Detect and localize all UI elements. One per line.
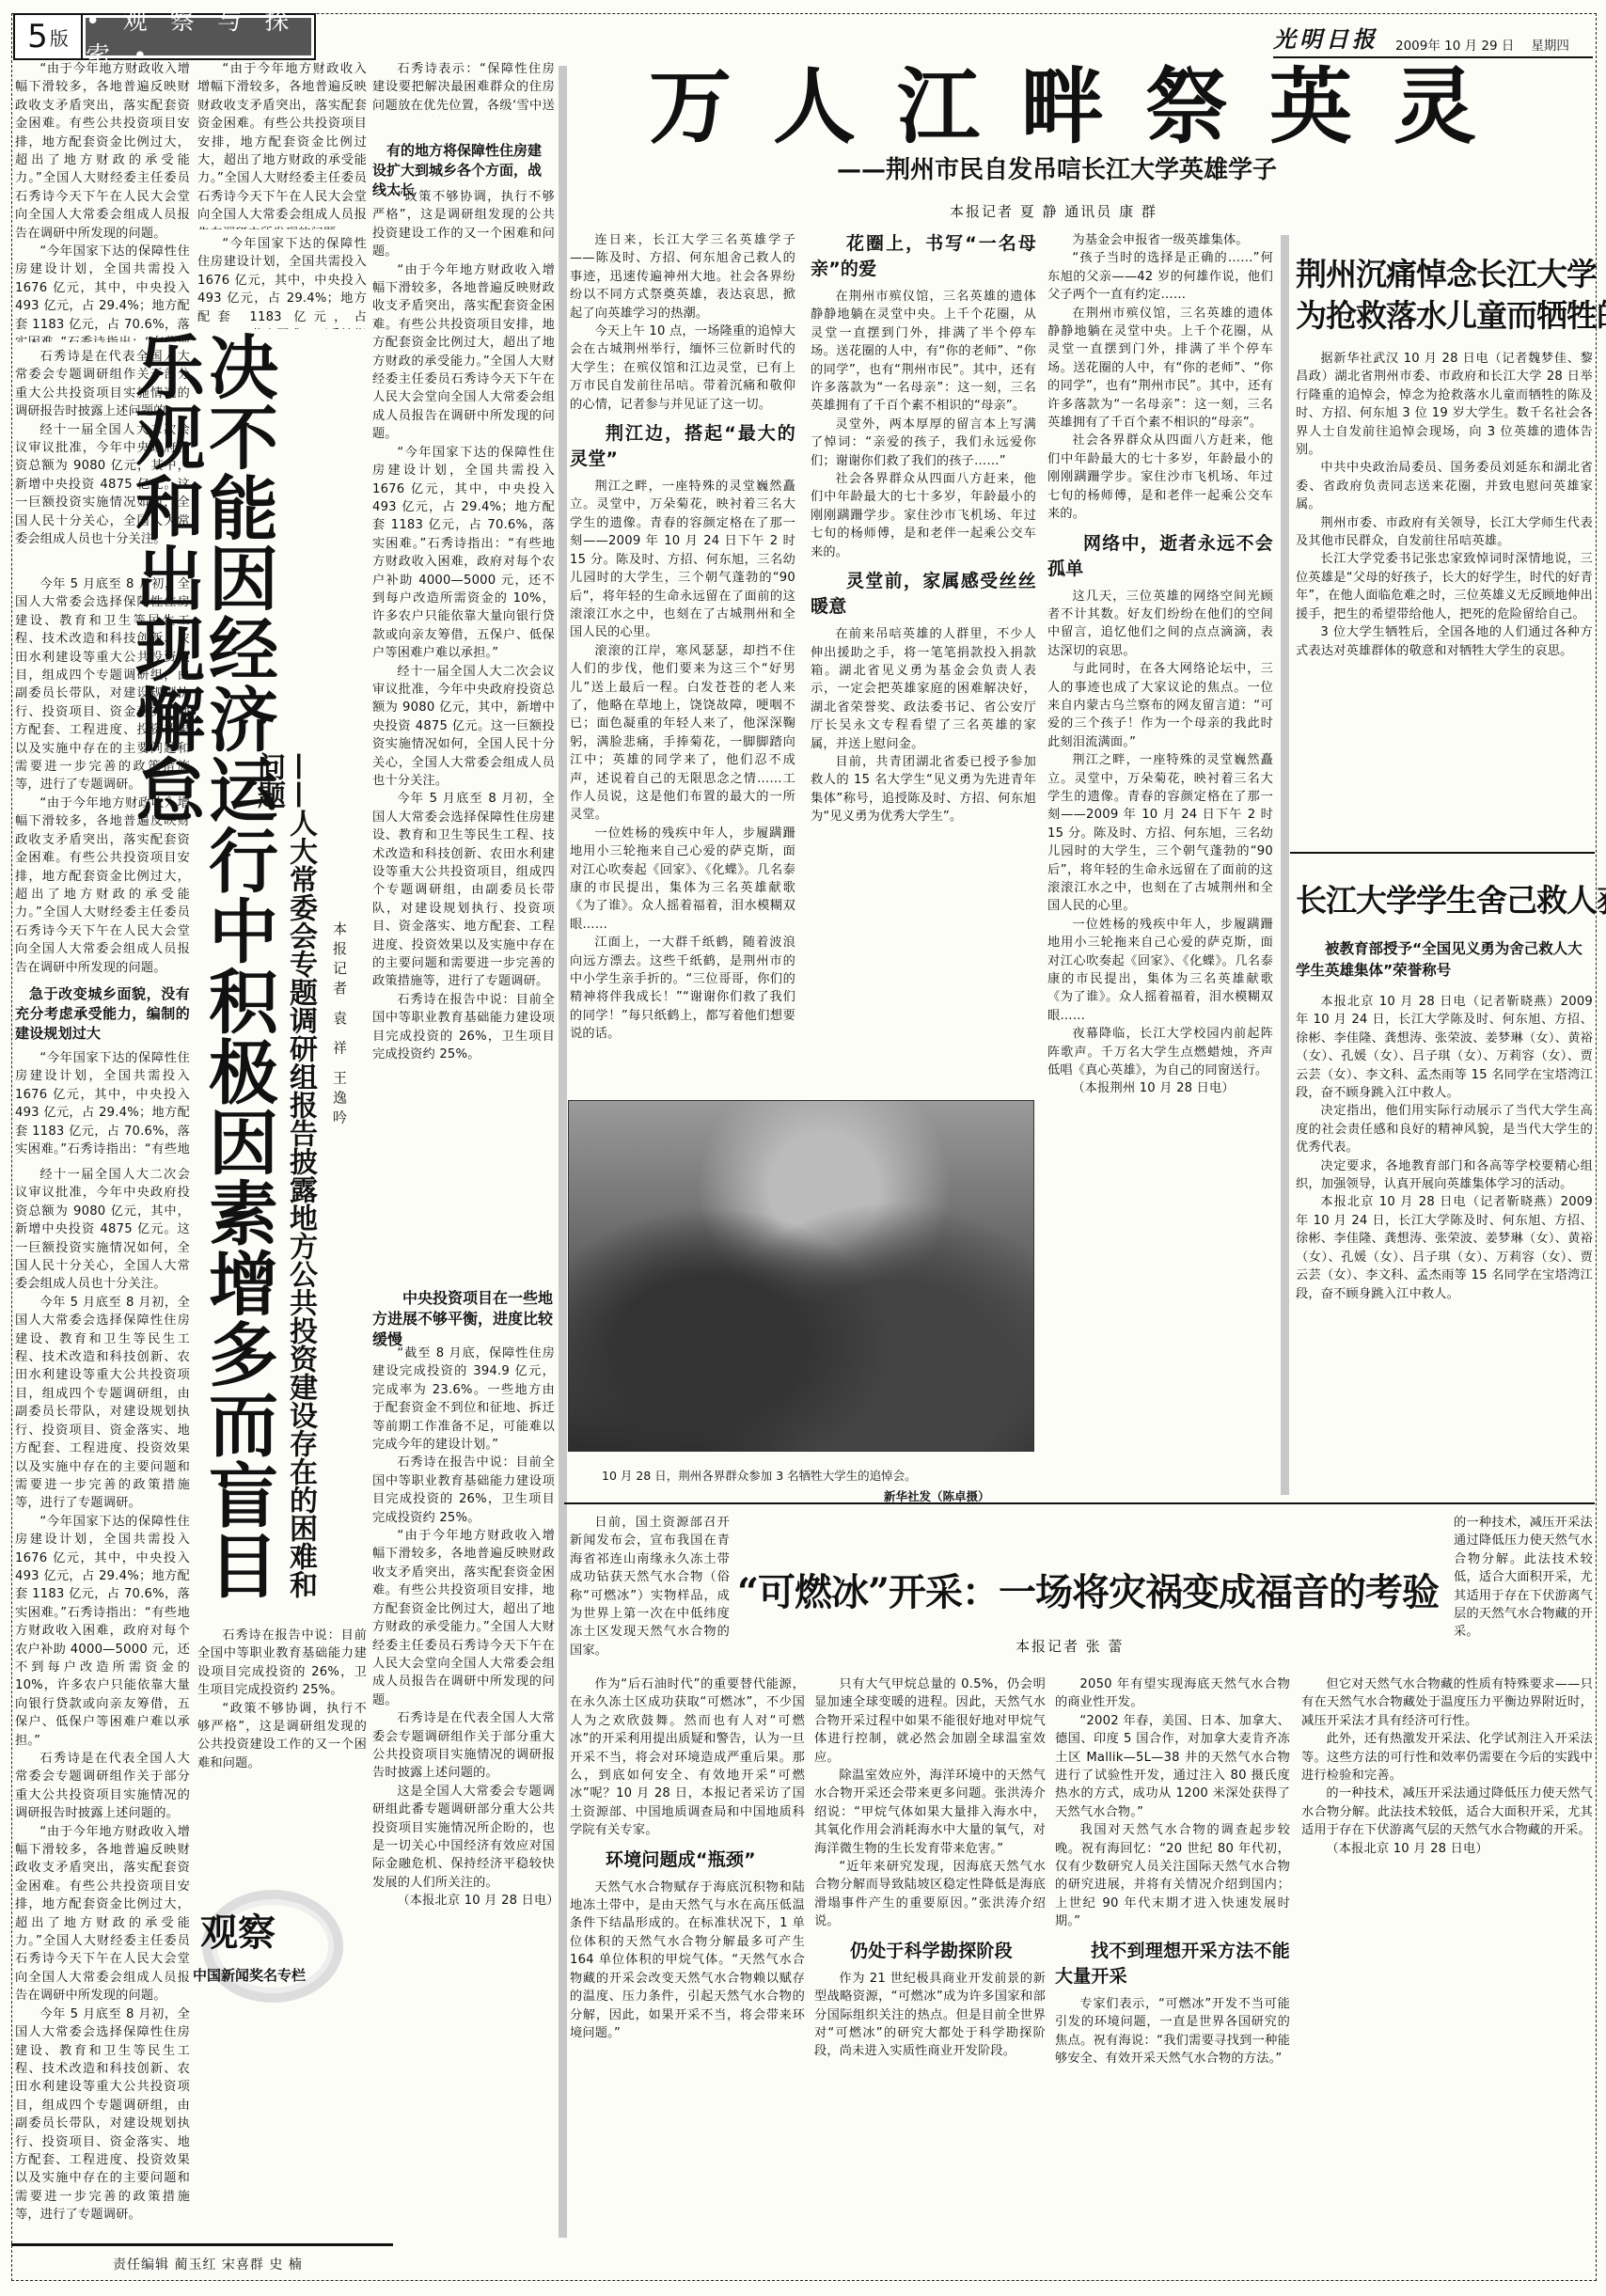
paragraph: 本报北京 10 月 28 日电（记者靳晓燕）2009 年 10 月 24 日，长…: [1296, 1193, 1593, 1302]
paragraph: “截至 8 月底，保障性住房建设完成投资的 394.9 亿元，完成率为 23.6…: [372, 1345, 555, 1454]
side1-headline-line2: 为抢救落水儿童而牺牲的英雄: [1296, 295, 1606, 337]
paragraph: 在荆州市殡仪馆，三名英雄的遗体静静地躺在灵堂中央。上千个花圈，从灵堂一直摆到门外…: [1047, 305, 1273, 432]
paragraph: “今年国家下达的保障性住房建设计划，全国共需投入 1676 亿元，其中，中央投入…: [197, 235, 367, 329]
ice-byline: 本报记者 张 蕾: [1016, 1636, 1125, 1656]
feature-vertical-headline: 决不能因经济运行中积极因素增多而盲目乐观和出现懈怠: [199, 331, 275, 1619]
paragraph: 此外，还有热激发开采法、化学试剂注入开采法等。这些方法的可行性和效率仍需要在今后…: [1301, 1730, 1593, 1785]
paragraph: （本报北京 10 月 28 日电）: [372, 1892, 555, 1910]
ice-headline: “可燃冰”开采：一场将灾祸变成福音的考验: [737, 1563, 1439, 1616]
paragraph: 社会各界群众从四面八方赶来，他们中年龄最大的七十多岁，年龄最小的刚刚蹒跚学步。家…: [1047, 432, 1273, 523]
ice-col1-intro: 日前，国土资源部召开新闻发布会，宣布我国在青海省祁连山南缘永久冻土带成功钻获天然…: [570, 1514, 730, 1674]
ice-col4: 但它对天然气水合物藏的性质有特殊要求——只有在天然气水合物藏处于温度压力平衡边界…: [1301, 1675, 1593, 2240]
paragraph: “2002 年春，美国、日本、加拿大、德国、印度 5 国合作，对加拿大麦肯齐冻土…: [1055, 1712, 1290, 1821]
paragraph: （本报北京 10 月 28 日电）: [1301, 1840, 1593, 1858]
feature-subhead-a: 急于改变城乡面貌，没有充分考虑承受能力，编制的建设规划过大: [15, 984, 190, 1044]
ice-col3: 2050 年有望实现海底天然气水合物的商业性开发。 “2002 年春，美国、日本…: [1055, 1675, 1290, 2240]
paragraph: “由于今年地方财政收入增幅下滑较多，各地普遍反映财政收支矛盾突出，落实配套资金困…: [372, 1527, 555, 1709]
paragraph: 石秀诗在报告中说：目前全国中等职业教育基础能力建设项目完成投资的 26%，卫生项…: [372, 1454, 555, 1527]
paragraph: 我国对天然气水合物的调查起步较晚。祝有海回忆：“20 世纪 80 年代初，仅有少…: [1055, 1821, 1290, 1930]
paragraph: 与此同时，在各大网络论坛中，三人的事迹也成了大家议论的焦点。一位来自内蒙古乌兰察…: [1047, 660, 1273, 751]
observe-column-logo: 观察 中国新闻奖名专栏: [193, 1890, 339, 2003]
lead-headline: 万人江畔祭英灵: [649, 41, 1514, 160]
column-divider: [559, 66, 567, 2238]
lead-subhead-2: 花圈上，书写“一名母亲”的爱: [811, 231, 1036, 282]
ice-col1: 作为“后石油时代”的重要替代能源，在永久冻土区成功获取“可燃冰”，不少国人为之欢…: [570, 1675, 805, 2240]
paragraph: 江面上，一大群千纸鹤，随着波浪向远方漂去。这些千纸鹤，是荆州市的中小学生亲手折的…: [570, 934, 795, 1043]
paragraph: 滚滚的江岸，寒风瑟瑟，却挡不住人们的步伐，他们要来为这三个“好男儿”送上最后一程…: [570, 642, 795, 825]
paragraph: “由于今年地方财政收入增幅下滑较多，各地普遍反映财政收支矛盾突出，落实配套资金困…: [372, 261, 555, 444]
feature-col1-top: “由于今年地方财政收入增幅下滑较多，各地普遍反映财政收支矛盾突出，落实配套资金困…: [15, 60, 190, 342]
paragraph: “今年国家下达的保障性住房建设计划，全国共需投入 1676 亿元，其中，中央投入…: [15, 243, 190, 342]
paragraph: 灵堂外，两本厚厚的留言本上写满了悼词：“亲爱的孩子，我们永远爱你们；谢谢你们救了…: [811, 416, 1036, 470]
feature-col3-top: 石秀诗表示：“保障性住房建设要把解决最困难群众的住房问题放在优先位置，各级‘雪中…: [372, 60, 555, 117]
feature-col2-lower: 石秀诗在报告中说：目前全国中等职业教育基础能力建设项目完成投资的 26%，卫生项…: [197, 1627, 367, 1880]
feature-col3-main: “政策不够协调，执行不够严格”，这是调研组发现的公共投资建设工作的又一个困难和问…: [372, 188, 555, 1222]
feature-byline: 本报记者 袁 祥 王逸吟: [325, 921, 350, 1203]
paragraph: “孩子当时的选择是正确的……”何东旭的父亲——42 岁的何雄作说，他们父子两个一…: [1047, 249, 1273, 304]
paragraph: “由于今年地方财政收入增幅下滑较多，各地普遍反映财政收支矛盾突出，落实配套资金困…: [197, 60, 367, 229]
paragraph: “今年国家下达的保障性住房建设计划，全国共需投入 1676 亿元，其中，中央投入…: [15, 1513, 190, 1750]
lead-col2: 花圈上，书写“一名母亲”的爱 在荆州市殡仪馆，三名英雄的遗体静静地躺在灵堂中央。…: [811, 231, 1036, 1096]
ice-col2: 只有大气甲烷总量的 0.5%，仍会明显加速全球变暖的进程。因此，天然气水合物开采…: [814, 1675, 1046, 2240]
side1-headline: 荆州沉痛悼念长江大学 3 位 为抢救落水儿童而牺牲的英雄: [1296, 254, 1606, 337]
paragraph: 中共中央政治局委员、国务委员刘延东和湖北省委、省政府负责同志送来花圈，并致电慰问…: [1296, 459, 1593, 513]
paragraph: 据新华社武汉 10 月 28 日电（记者魏梦佳、黎昌政）湖北省荆州市委、市政府和…: [1296, 350, 1593, 459]
paragraph: 作为“后石油时代”的重要替代能源，在永久冻土区成功获取“可燃冰”，不少国人为之欢…: [570, 1675, 805, 1840]
edition-number: 5版: [15, 15, 83, 58]
memorial-photo: [568, 1100, 1034, 1452]
paragraph: 今年 5 月底至 8 月初，全国人大常委会选择保障性住房建设、教育和卫生等民生工…: [15, 2005, 190, 2225]
paragraph: 长江大学党委书记张忠家致悼词时深情地说，三位英雄是“父母的好孩子，长大的好学生，…: [1296, 550, 1593, 623]
paragraph: 除温室效应外，海洋环境中的天然气水合物开采还会带来更多问题。张洪涛介绍说：“甲烷…: [814, 1767, 1046, 1858]
paragraph: 但它对天然气水合物藏的性质有特殊要求——只有在天然气水合物藏处于温度压力平衡边界…: [1301, 1675, 1593, 1730]
paragraph: 这几天，三位英雄的网络空间光顾者不计其数。好友们纷纷在他们的空间中留言，追忆他们…: [1047, 588, 1273, 661]
paragraph: 夜幕降临，长江大学校园内前起阵阵歌声。千万名大学生点燃蜡烛，齐声低唱《真心英雄》…: [1047, 1025, 1273, 1079]
paragraph: 为基金会申报省一级英雄集体。: [1047, 231, 1273, 249]
lead-col3: 为基金会申报省一级英雄集体。 “孩子当时的选择是正确的……”何东旭的父亲——42…: [1047, 231, 1273, 1482]
paragraph: 在荆州市殡仪馆，三名英雄的遗体静静地躺在灵堂中央。上千个花圈，从灵堂一直摆到门外…: [811, 288, 1036, 416]
paragraph: 作为 21 世纪极具商业开发前景的新型战略资源，“可燃冰”成为许多国家和部分国际…: [814, 1970, 1046, 2061]
side1-body: 据新华社武汉 10 月 28 日电（记者魏梦佳、黎昌政）湖北省荆州市委、市政府和…: [1296, 350, 1593, 839]
paragraph: 2050 年有望实现海底天然气水合物的商业性开发。: [1055, 1675, 1290, 1712]
paragraph: 日前，国土资源部召开新闻发布会，宣布我国在青海省祁连山南缘永久冻土带成功钻获天然…: [570, 1514, 730, 1659]
paragraph: “政策不够协调，执行不够严格”，这是调研组发现的公共投资建设工作的又一个困难和问…: [197, 1700, 367, 1773]
lead-subhead-1: 荆江边，搭起“最大的灵堂”: [570, 421, 795, 472]
paragraph: 目前，共青团湖北省委已授予参加救人的 15 名大学生“见义勇为先进青年集体”称号…: [811, 753, 1036, 826]
feature-subhead-c: 中央投资项目在一些地方进展不够平衡，进度比较缓慢: [372, 1288, 555, 1350]
side2-subheadline: 被教育部授予“全国见义勇为舍己救人大学生英雄集体”荣誉称号: [1296, 938, 1591, 982]
paragraph: 这是全国人大常委会专题调研组此番专题调研部分重大公共投资项目实施情况所企盼的，也…: [372, 1783, 555, 1892]
photo-caption: 10 月 28 日，荆州各界群众参加 3 名牺牲大学生的追悼会。: [602, 1467, 917, 1484]
paragraph: 连日来，长江大学三名英雄学子——陈及时、方招、何东旭舍己救人的事迹，迅速传遍神州…: [570, 231, 795, 322]
feature-col1-bottom: 经十一届全国人大二次会议审议批准，今年中央政府投资总额为 9080 亿元，其中，…: [15, 1166, 190, 2228]
feature-col2-top-b: “今年国家下达的保障性住房建设计划，全国共需投入 1676 亿元，其中，中央投入…: [197, 235, 367, 329]
paragraph: 经十一届全国人大二次会议审议批准，今年中央政府投资总额为 9080 亿元，其中，…: [372, 663, 555, 791]
paragraph: “今年国家下达的保障性住房建设计划，全国共需投入 1676 亿元，其中，中央投入…: [372, 444, 555, 663]
paragraph: 只有大气甲烷总量的 0.5%，仍会明显加速全球变暖的进程。因此，天然气水合物开采…: [814, 1675, 1046, 1767]
paragraph: 一位姓杨的残疾中年人，步履蹒跚地用小三轮拖来自己心爱的萨克斯，面对江心吹奏起《回…: [570, 825, 795, 934]
side2-headline: 长江大学学生舍己救人获表彰: [1296, 876, 1606, 920]
paragraph: “近年来研究发现，因海底天然气水合物分解而导致陆坡区稳定性降低是海底滑塌事件产生…: [814, 1858, 1046, 1931]
edition-badge: 5版 • 观 察 与 探 索 •: [13, 13, 316, 60]
paragraph: 荆州市委、市政府有关领导，长江大学师生代表及其他市民群众，自发前往吊唁英雄。: [1296, 514, 1593, 551]
paragraph: 今年 5 月底至 8 月初，全国人大常委会选择保障性住房建设、教育和卫生等民生工…: [372, 790, 555, 990]
side2-body: 本报北京 10 月 28 日电（记者靳晓燕）2009 年 10 月 24 日，长…: [1296, 993, 1593, 1491]
paragraph: 石秀诗是在代表全国人大常委会专题调研组作关于部分重大公共投资项目实施情况的调研报…: [372, 1709, 555, 1783]
paragraph: （本报荆州 10 月 28 日电）: [1047, 1079, 1273, 1097]
paragraph: 石秀诗在报告中说：目前全国中等职业教育基础能力建设项目完成投资的 26%，卫生项…: [372, 991, 555, 1064]
paragraph: 石秀诗表示：“保障性住房建设要把解决最困难群众的住房问题放在优先位置，各级‘雪中…: [372, 60, 555, 117]
paragraph: 专家们表示，“可燃冰”开发不当可能引发的环境问题，一直是世界各国研究的焦点。祝有…: [1055, 1995, 1290, 2068]
paragraph: 天然气水合物赋存于海底沉积物和陆地冻土带中，是由天然气与水在高压低温条件下结晶形…: [570, 1879, 805, 2043]
observe-logo-tag: 中国新闻奖名专栏: [193, 1965, 306, 1985]
observe-logo-word: 观察: [200, 1903, 276, 1957]
paragraph: “政策不够协调，执行不够严格”，这是调研组发现的公共投资建设工作的又一个困难和问…: [372, 188, 555, 261]
section-rule: [1290, 852, 1595, 854]
lead-subhead-3: 灵堂前，家属感受丝丝暖意: [811, 569, 1036, 620]
lead-byline: 本报记者 夏 静 通讯员 康 群: [950, 201, 1157, 221]
paragraph: 荆江之畔，一座特殊的灵堂巍然矗立。灵堂中，万朵菊花，映衬着三名大学生的遗像。青春…: [570, 478, 795, 642]
paragraph: “由于今年地方财政收入增幅下滑较多，各地普遍反映财政收支矛盾突出，落实配套资金困…: [15, 60, 190, 243]
side1-headline-line1: 荆州沉痛悼念长江大学 3 位: [1296, 254, 1606, 295]
paragraph: 的一种技术，减压开采法通过降低压力使天然气水合物分解。此法技术较低，适合大面积开…: [1454, 1514, 1593, 1642]
column-divider: [1281, 235, 1289, 1495]
paragraph: 3 位大学生牺牲后，全国各地的人们通过各种方式表达对英雄群体的敬意和对牺牲大学生…: [1296, 623, 1593, 660]
issue-weekday: 星期四: [1531, 35, 1569, 54]
footer-editors: 责任编辑 蔺玉红 宋喜群 史 楠: [113, 2255, 303, 2273]
paragraph: “今年国家下达的保障性住房建设计划，全国共需投入 1676 亿元，其中，中央投入…: [15, 1049, 190, 1158]
footer-rule: [11, 2243, 393, 2246]
paragraph: 今天上午 10 点，一场隆重的追悼大会在古城荆州举行，缅怀三位新时代的大学生；在…: [570, 322, 795, 414]
feature-vertical-subheadline: ——人大常委会专题调研组报告披露地方公共投资建设存在的困难和问题: [278, 752, 316, 1617]
paragraph: 本报北京 10 月 28 日电（记者靳晓燕）2009 年 10 月 24 日，长…: [1296, 993, 1593, 1102]
paragraph: 在前来吊唁英雄的人群里，不少人伸出援助之手，将一笔笔捐款投入捐款箱。湖北省见义勇…: [811, 625, 1036, 753]
lead-subhead-4: 网络中，逝者永远不会孤单: [1047, 531, 1273, 582]
ice-subhead-1: 环境问题成“瓶颈”: [570, 1848, 805, 1873]
paragraph: 决定指出，他们用实际行动展示了当代大学生高度的社会责任感和良好的精神风貌，是当代…: [1296, 1102, 1593, 1156]
paragraph: 石秀诗在报告中说：目前全国中等职业教育基础能力建设项目完成投资的 26%，卫生项…: [197, 1627, 367, 1700]
lead-subheadline: ——荆州市民自发吊唁长江大学英雄学子: [837, 150, 1277, 185]
ice-subhead-3: 找不到理想开采方法不能大量开采: [1055, 1939, 1290, 1989]
paragraph: 的一种技术，减压开采法通过降低压力使天然气水合物分解。此法技术较低，适合大面积开…: [1301, 1785, 1593, 1839]
ice-subhead-2: 仍处于科学勘探阶段: [814, 1939, 1046, 1964]
paragraph: 石秀诗是在代表全国人大常委会专题调研组作关于部分重大公共投资项目实施情况的调研报…: [15, 1750, 190, 1823]
lead-col1: 连日来，长江大学三名英雄学子——陈及时、方招、何东旭舍己救人的事迹，迅速传遍神州…: [570, 231, 795, 1096]
section-name: • 观 察 与 探 索 •: [86, 18, 311, 55]
feature-col2-top: “由于今年地方财政收入增幅下滑较多，各地普遍反映财政收支矛盾突出，落实配套资金困…: [197, 60, 367, 229]
paragraph: 一位姓杨的残疾中年人，步履蹒跚地用小三轮拖来自己心爱的萨克斯，面对江心吹奏起《回…: [1047, 916, 1273, 1025]
ice-col4-top: 的一种技术，减压开采法通过降低压力使天然气水合物分解。此法技术较低，适合大面积开…: [1454, 1514, 1593, 1674]
section-rule: [564, 1502, 1595, 1504]
paragraph: 社会各界群众从四面八方赶来，他们中年龄最大的七十多岁，年龄最小的刚刚蹒跚学步。家…: [811, 470, 1036, 561]
paragraph: “由于今年地方财政收入增幅下滑较多，各地普遍反映财政收支矛盾突出，落实配套资金困…: [15, 1823, 190, 2005]
paragraph: 今年 5 月底至 8 月初，全国人大常委会选择保障性住房建设、教育和卫生等民生工…: [15, 1294, 190, 1513]
paragraph: 决定要求，各地教育部门和各高等学校要精心组织，加强领导，认真开展向英雄集体学习的…: [1296, 1157, 1593, 1194]
paragraph: 荆江之畔，一座特殊的灵堂巍然矗立。灵堂中，万朵菊花，映衬着三名大学生的遗像。青春…: [1047, 751, 1273, 916]
paragraph: 经十一届全国人大二次会议审议批准，今年中央政府投资总额为 9080 亿元，其中，…: [15, 1166, 190, 1294]
feature-col3-bottom: “截至 8 月底，保障性住房建设完成投资的 394.9 亿元，完成率为 23.6…: [372, 1345, 555, 2238]
